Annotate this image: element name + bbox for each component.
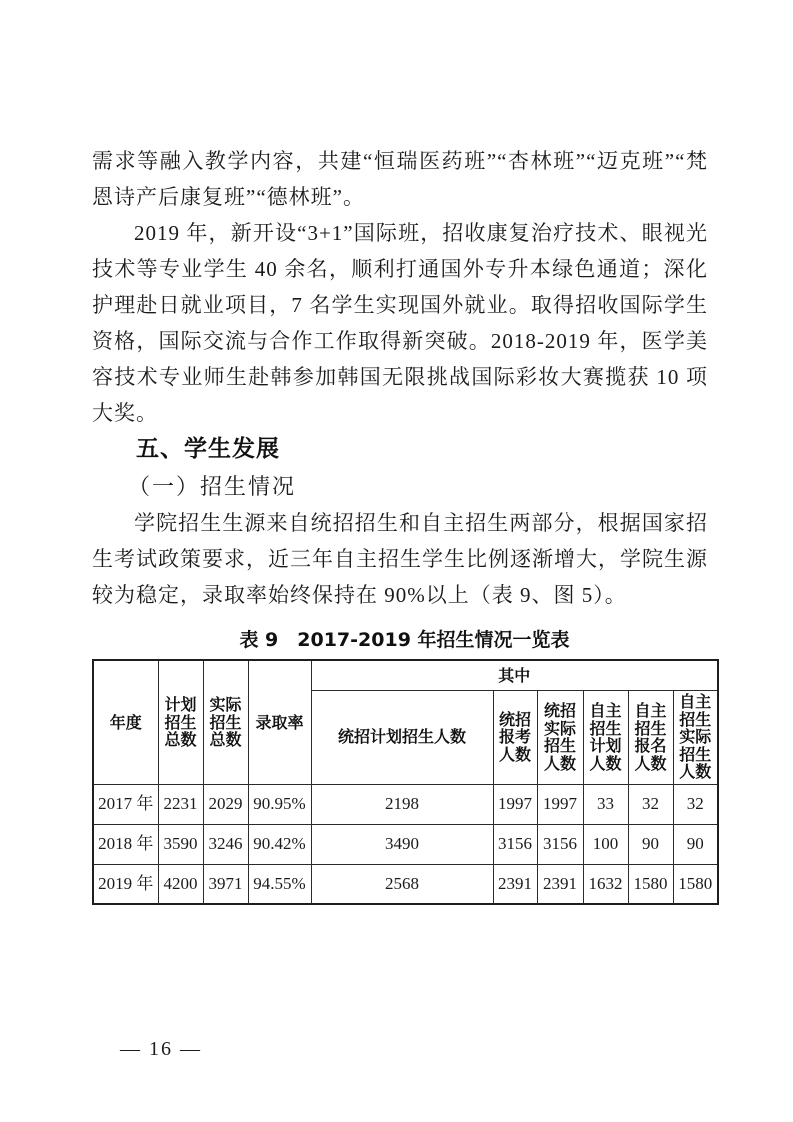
table-cell: 3156 <box>537 824 583 864</box>
table-cell: 94.55% <box>248 864 311 904</box>
table-cell: 2391 <box>537 864 583 904</box>
table-cell: 3590 <box>158 824 203 864</box>
table-cell: 32 <box>673 784 718 824</box>
table-cell: 32 <box>628 784 673 824</box>
table-cell: 33 <box>583 784 628 824</box>
table-cell: 1997 <box>493 784 537 824</box>
table-cell: 2019 年 <box>93 864 158 904</box>
col-header-unified-planned: 统招计划招生人数 <box>311 690 493 784</box>
col-header-actual-total: 实际招生总数 <box>203 660 248 784</box>
section-heading: 五、学生发展 <box>92 431 708 468</box>
table-cell: 4200 <box>158 864 203 904</box>
subsection-heading: （一）招生情况 <box>92 468 708 505</box>
table-cell: 1997 <box>537 784 583 824</box>
table-cell: 2391 <box>493 864 537 904</box>
table-cell: 90 <box>673 824 718 864</box>
table-cell: 2198 <box>311 784 493 824</box>
page-content: 需求等融入教学内容，共建“恒瑞医药班”“杏林班”“迈克班”“梵恩诗产后康复班”“… <box>92 143 708 905</box>
table-cell: 1580 <box>673 864 718 904</box>
table-cell: 3971 <box>203 864 248 904</box>
table-cell: 90.95% <box>248 784 311 824</box>
col-header-autonomous-applicants: 自主招生报名人数 <box>628 690 673 784</box>
table-cell: 2231 <box>158 784 203 824</box>
table-cell: 2568 <box>311 864 493 904</box>
table-cell: 3156 <box>493 824 537 864</box>
table-cell: 100 <box>583 824 628 864</box>
table-caption: 表 9 2017-2019 年招生情况一览表 <box>92 628 717 652</box>
table-cell: 90.42% <box>248 824 311 864</box>
table-cell: 2017 年 <box>93 784 158 824</box>
col-header-year: 年度 <box>93 660 158 784</box>
table-cell: 3490 <box>311 824 493 864</box>
page-number: — 16 — <box>120 1038 202 1061</box>
col-header-autonomous-actual: 自主招生实际招生人数 <box>673 690 718 784</box>
col-header-admission-rate: 录取率 <box>248 660 311 784</box>
body-paragraph-enrollment: 学院招生生源来自统招招生和自主招生两部分，根据国家招生考试政策要求，近三年自主招… <box>92 505 708 613</box>
table-cell: 3246 <box>203 824 248 864</box>
table-cell: 90 <box>628 824 673 864</box>
col-header-among: 其中 <box>311 660 718 690</box>
table-row-2017: 2017 年 2231 2029 90.95% 2198 1997 1997 3… <box>93 784 718 824</box>
col-header-planned-total: 计划招生总数 <box>158 660 203 784</box>
col-header-unified-applicants: 统招报考人数 <box>493 690 537 784</box>
document-page: 需求等融入教学内容，共建“恒瑞医药班”“杏林班”“迈克班”“梵恩诗产后康复班”“… <box>0 0 793 1122</box>
body-paragraph-2019: 2019 年，新开设“3+1”国际班，招收康复治疗技术、眼视光技术等专业学生 4… <box>92 215 708 431</box>
col-header-unified-actual: 统招实际招生人数 <box>537 690 583 784</box>
table-cell: 2018 年 <box>93 824 158 864</box>
table-row-2019: 2019 年 4200 3971 94.55% 2568 2391 2391 1… <box>93 864 718 904</box>
body-paragraph-continuation: 需求等融入教学内容，共建“恒瑞医药班”“杏林班”“迈克班”“梵恩诗产后康复班”“… <box>92 143 708 215</box>
table-cell: 1580 <box>628 864 673 904</box>
header-row-top: 年度 计划招生总数 实际招生总数 录取率 其中 <box>93 660 718 690</box>
col-header-autonomous-planned: 自主招生计划人数 <box>583 690 628 784</box>
table-row-2018: 2018 年 3590 3246 90.42% 3490 3156 3156 1… <box>93 824 718 864</box>
table-cell: 2029 <box>203 784 248 824</box>
admissions-table: 年度 计划招生总数 实际招生总数 录取率 其中 统招计划招生人数 统招报考人数 … <box>92 659 719 905</box>
table-cell: 1632 <box>583 864 628 904</box>
